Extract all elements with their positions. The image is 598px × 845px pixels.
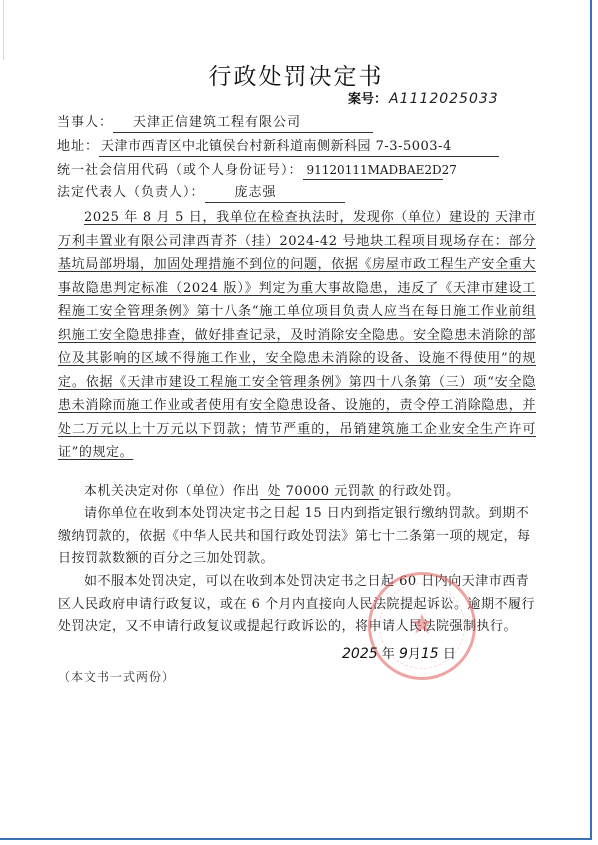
finding-text: 2025 年 8 月 5 日，我单位在检查执法时，发现你（单位）建设的 天津市万… <box>58 210 536 460</box>
date-month-unit: 月 <box>408 647 421 662</box>
penalty-amount: 处 70000 元罚款 <box>260 484 379 500</box>
date-year-unit: 年 <box>382 647 395 662</box>
date-day: 15 <box>421 646 439 662</box>
address-value: 天津市西青区中北镇侯台村新科道南侧新科园 7-3-5003-4 <box>99 138 499 157</box>
date-day-unit: 日 <box>443 647 456 662</box>
document-page: 行政处罚决定书 案号：A1112025033 当事人：天津正信建筑工程有限公司 … <box>0 0 592 840</box>
legal-rep-label: 法定代表人（负责人）： <box>57 185 205 200</box>
case-number: 案号：A1112025033 <box>348 88 499 107</box>
legal-rep-value: 庞志强 <box>205 184 345 203</box>
address-label: 地址： <box>57 139 99 154</box>
appeal-paragraph: 如不服本处罚决定，可以在收到本处罚决定书之日起 60 日内向天津市西青区人民政府… <box>58 571 536 639</box>
address-field: 地址：天津市西青区中北镇侯台村新科道南侧新科园 7-3-5003-4 <box>57 138 499 157</box>
decision-paragraph: 本机关决定对你（单位）作出处 70000 元罚款的行政处罚。 <box>58 481 536 504</box>
credit-code-field: 统一社会信用代码（或个人身份证号）：91120111MADBAE2D27 <box>57 161 443 180</box>
date-year: 2025 <box>342 646 378 662</box>
copies-note: （本文书一式两份） <box>58 668 175 685</box>
decision-suffix: 的行政处罚。 <box>379 484 460 499</box>
signature-date: 2025 年 9月15 日 <box>342 643 456 662</box>
case-number-value: A1112025033 <box>389 91 499 107</box>
payment-paragraph: 请你单位在收到本处罚决定书之日起 15 日内到指定银行缴纳罚款。到期不缴纳罚款的… <box>58 503 536 571</box>
case-number-label: 案号： <box>348 92 387 107</box>
decision-prefix: 本机关决定对你（单位）作出 <box>84 484 260 499</box>
credit-code-value: 91120111MADBAE2D27 <box>303 161 443 180</box>
credit-code-label: 统一社会信用代码（或个人身份证号）： <box>57 163 303 178</box>
document-title: 行政处罚决定书 <box>0 58 592 91</box>
finding-paragraph: 2025 年 8 月 5 日，我单位在检查执法时，发现你（单位）建设的 天津市万… <box>58 206 536 465</box>
legal-rep-field: 法定代表人（负责人）：庞志强 <box>57 184 345 203</box>
party-name-value: 天津正信建筑工程有限公司 <box>113 114 373 133</box>
party-name-label: 当事人： <box>57 115 113 130</box>
page-edge-line <box>3 0 4 60</box>
party-name-field: 当事人：天津正信建筑工程有限公司 <box>57 114 373 133</box>
date-month: 9 <box>399 646 408 662</box>
